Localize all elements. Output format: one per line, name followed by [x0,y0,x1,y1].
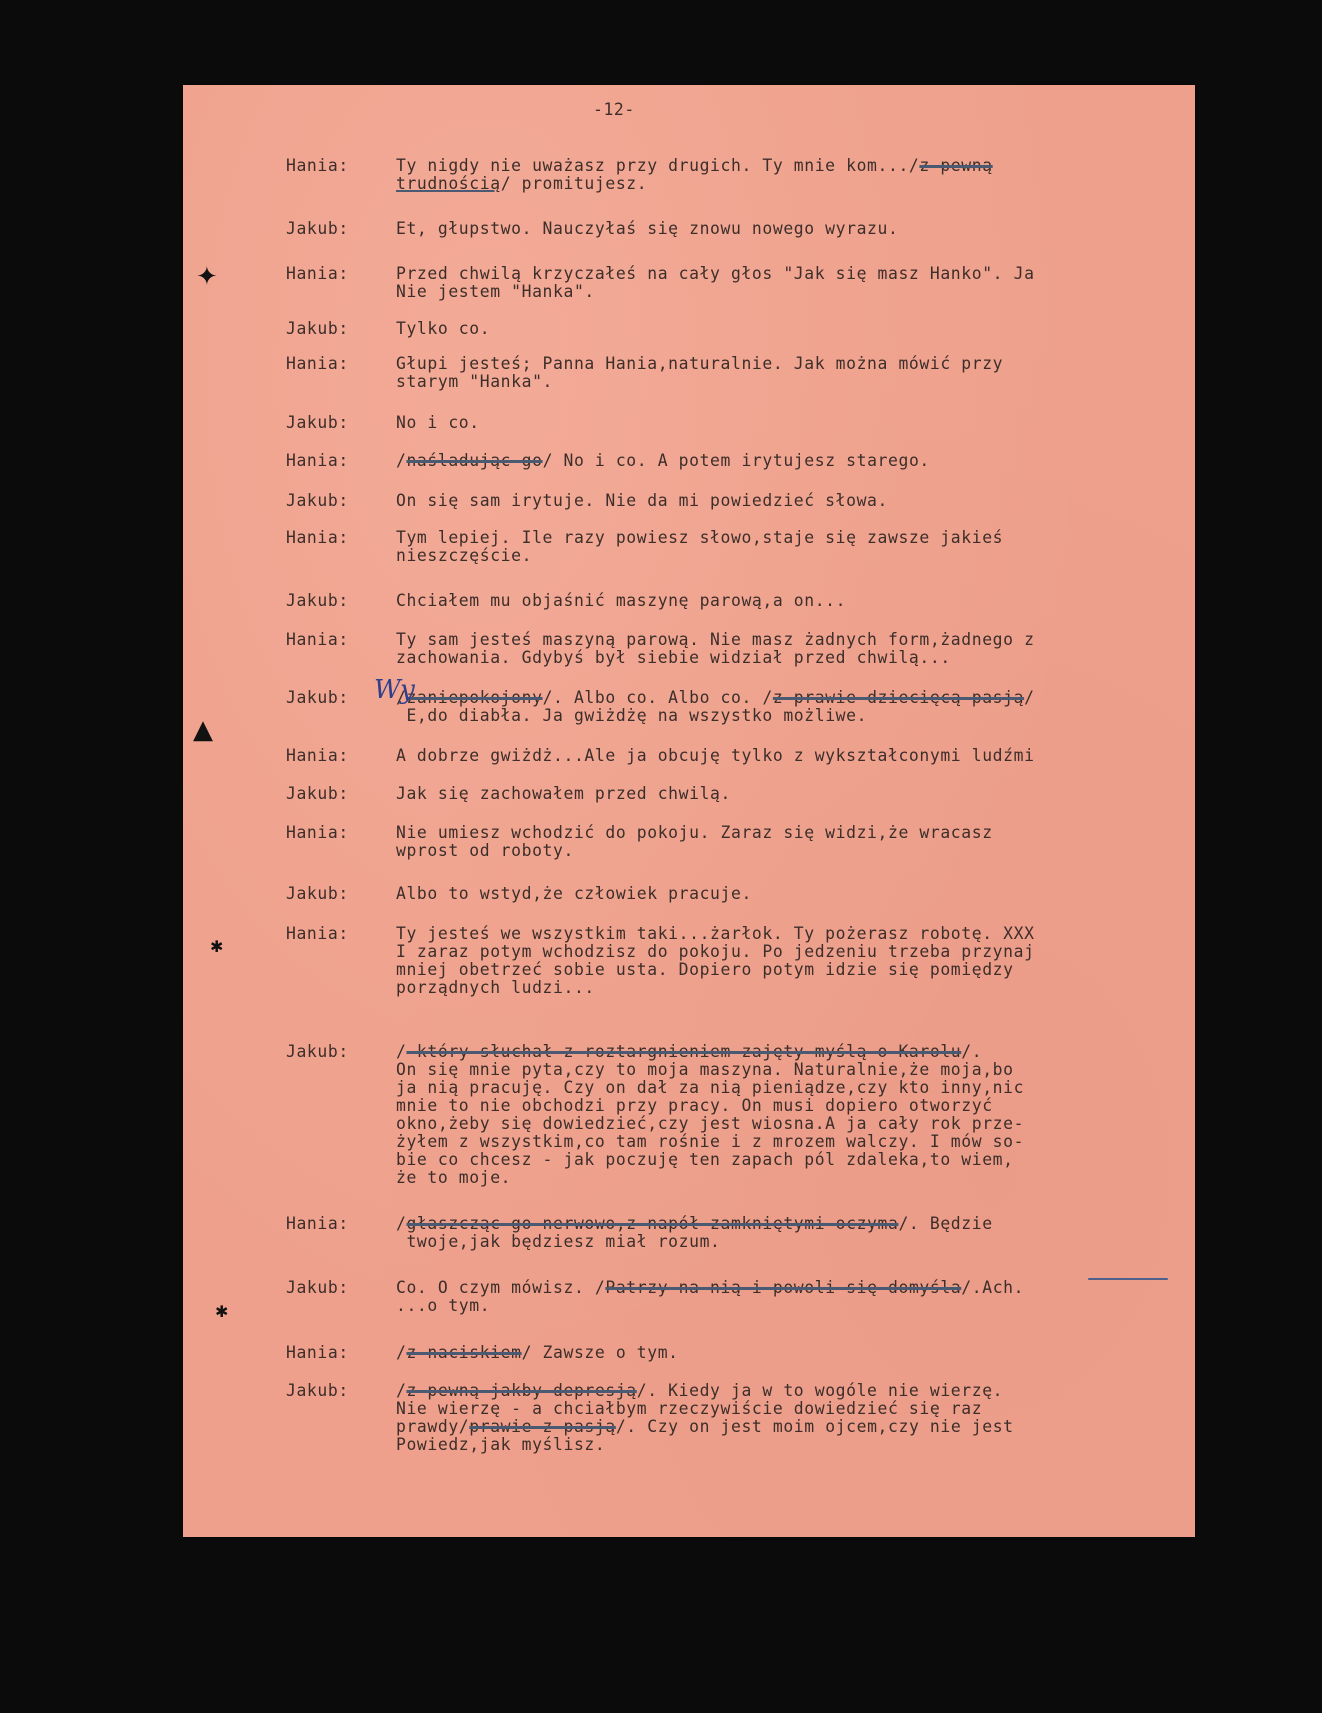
struck-stage-direction: z naciskiem [406,1343,521,1362]
speech-text: Co. O czym mówisz. /Patrzy na nią i powo… [396,1279,1176,1315]
speech-text: Ty sam jesteś maszyną parową. Nie masz ż… [396,631,1176,667]
speaker-name: Hania: [286,1344,376,1362]
speech-text: Ty nigdy nie uważasz przy drugich. Ty mn… [396,157,1176,193]
speech-fragment: Co. O czym mówisz. / [396,1278,605,1297]
speech-text: /z naciskiem/ Zawsze o tym. [396,1344,1176,1362]
speaker-name: Jakub: [286,414,376,432]
speech-text: Chciałem mu objaśnić maszynę parową,a on… [396,592,1176,610]
speech-text: /głaszcząc go nerwowo,z napół zamkniętym… [396,1215,1176,1251]
speech-fragment: A dobrze gwiżdż...Ale ja obcuję tylko z … [396,746,1035,765]
speech-text: Nie umiesz wchodzić do pokoju. Zaraz się… [396,824,1176,860]
speech-fragment: Ty sam jesteś maszyną parową. Nie masz ż… [396,630,1035,667]
speech-fragment: On się sam irytuje. Nie da mi powiedzieć… [396,491,888,510]
speech-fragment: / [396,1381,406,1400]
speech-text: Albo to wstyd,że człowiek pracuje. [396,885,1176,903]
speech-fragment: Przed chwilą krzyczałeś na cały głos "Ja… [396,264,1035,301]
speech-fragment: / No i co. A potem irytujesz starego. [543,451,930,470]
speech-fragment: /. Albo co. Albo co. / [543,688,773,707]
speaker-name: Hania: [286,925,376,943]
struck-stage-direction: zaniepokojony [406,688,542,707]
struck-stage-direction: trudnością [396,174,501,193]
speech-text: Tylko co. [396,320,1176,338]
speech-text: On się sam irytuje. Nie da mi powiedzieć… [396,492,1176,510]
speech-fragment: Tylko co. [396,319,490,338]
speech-fragment: / [396,1343,406,1362]
speaker-name: Jakub: [286,492,376,510]
speech-text: /z pewną jakby depresją/. Kiedy ja w to … [396,1382,1176,1454]
speech-text: / który słuchał z roztargnieniem zajęty … [396,1043,1176,1187]
speaker-name: Jakub: [286,1382,376,1400]
speaker-name: Jakub: [286,885,376,903]
speaker-name: Hania: [286,631,376,649]
speaker-name: Hania: [286,529,376,547]
struck-stage-direction: głaszcząc go nerwowo,z napół zamkniętymi… [406,1214,898,1233]
speech-text: Et, głupstwo. Nauczyłaś się znowu nowego… [396,220,1176,238]
speech-fragment: No i co. [396,413,480,432]
speech-fragment: Albo to wstyd,że człowiek pracuje. [396,884,752,903]
speech-fragment: /. On się mnie pyta,czy to moja maszyna.… [396,1042,1024,1187]
speech-text: Głupi jesteś; Panna Hania,naturalnie. Ja… [396,355,1176,391]
page-number: -12- [593,101,635,119]
speech-text: /zaniepokojony/. Albo co. Albo co. /z pr… [396,689,1176,725]
speaker-name: Hania: [286,265,376,283]
speaker-name: Jakub: [286,592,376,610]
speaker-name: Hania: [286,157,376,175]
speaker-name: Hania: [286,824,376,842]
speaker-name: Jakub: [286,785,376,803]
speaker-name: Jakub: [286,320,376,338]
speech-fragment: / Zawsze o tym. [522,1343,679,1362]
speaker-name: Jakub: [286,220,376,238]
speech-text: No i co. [396,414,1176,432]
speech-fragment: Jak się zachowałem przed chwilą. [396,784,731,803]
speaker-name: Hania: [286,1215,376,1233]
ink-mark-icon: ▲ [193,715,213,745]
speech-text: Jak się zachowałem przed chwilą. [396,785,1176,803]
speech-fragment: Ty jesteś we wszystkim taki...żarłok. Ty… [396,924,1035,997]
speaker-name: Hania: [286,355,376,373]
speech-fragment: Ty nigdy nie uważasz przy drugich. Ty mn… [396,156,919,175]
speech-fragment: / [396,1042,406,1061]
speech-fragment: Chciałem mu objaśnić maszynę parową,a on… [396,591,846,610]
handwritten-note: Wy [374,675,415,705]
struck-stage-direction: z pewną jakby depresją [406,1381,636,1400]
speech-fragment: Nie umiesz wchodzić do pokoju. Zaraz się… [396,823,993,860]
ink-mark-icon: ✦ [196,262,218,292]
ink-mark-icon: ✱ [215,1302,228,1321]
struck-stage-direction: Patrzy na nią i powoli się domyśla [605,1278,961,1297]
speaker-name: Jakub: [286,689,376,707]
speaker-name: Jakub: [286,1279,376,1297]
speech-fragment: / promitujesz. [501,174,648,193]
speech-fragment: / [396,451,406,470]
speech-fragment: Tym lepiej. Ile razy powiesz słowo,staje… [396,528,1003,565]
struck-stage-direction: z prawie dziecięcą pasją [773,688,1024,707]
speech-text: Ty jesteś we wszystkim taki...żarłok. Ty… [396,925,1176,997]
speaker-name: Hania: [286,747,376,765]
struck-stage-direction: prawie z pasją [469,1417,616,1436]
speech-text: Przed chwilą krzyczałeś na cały głos "Ja… [396,265,1176,301]
speech-text: Tym lepiej. Ile razy powiesz słowo,staje… [396,529,1176,565]
speech-fragment: Głupi jesteś; Panna Hania,naturalnie. Ja… [396,354,1003,391]
speech-fragment: / [396,1214,406,1233]
ink-mark-icon: ✱ [210,937,223,956]
speech-fragment: Et, głupstwo. Nauczyłaś się znowu nowego… [396,219,898,238]
pen-underline [1088,1278,1168,1280]
struck-stage-direction: naśladując go [406,451,542,470]
speech-text: /naśladując go/ No i co. A potem irytuje… [396,452,1176,470]
speech-text: A dobrze gwiżdż...Ale ja obcuję tylko z … [396,747,1176,765]
struck-stage-direction: z pewną [919,156,992,175]
speaker-name: Hania: [286,452,376,470]
speaker-name: Jakub: [286,1043,376,1061]
typewritten-page: -12- Hania:Ty nigdy nie uważasz przy dru… [183,85,1195,1537]
struck-stage-direction: który słuchał z roztargnieniem zajęty my… [406,1042,961,1061]
